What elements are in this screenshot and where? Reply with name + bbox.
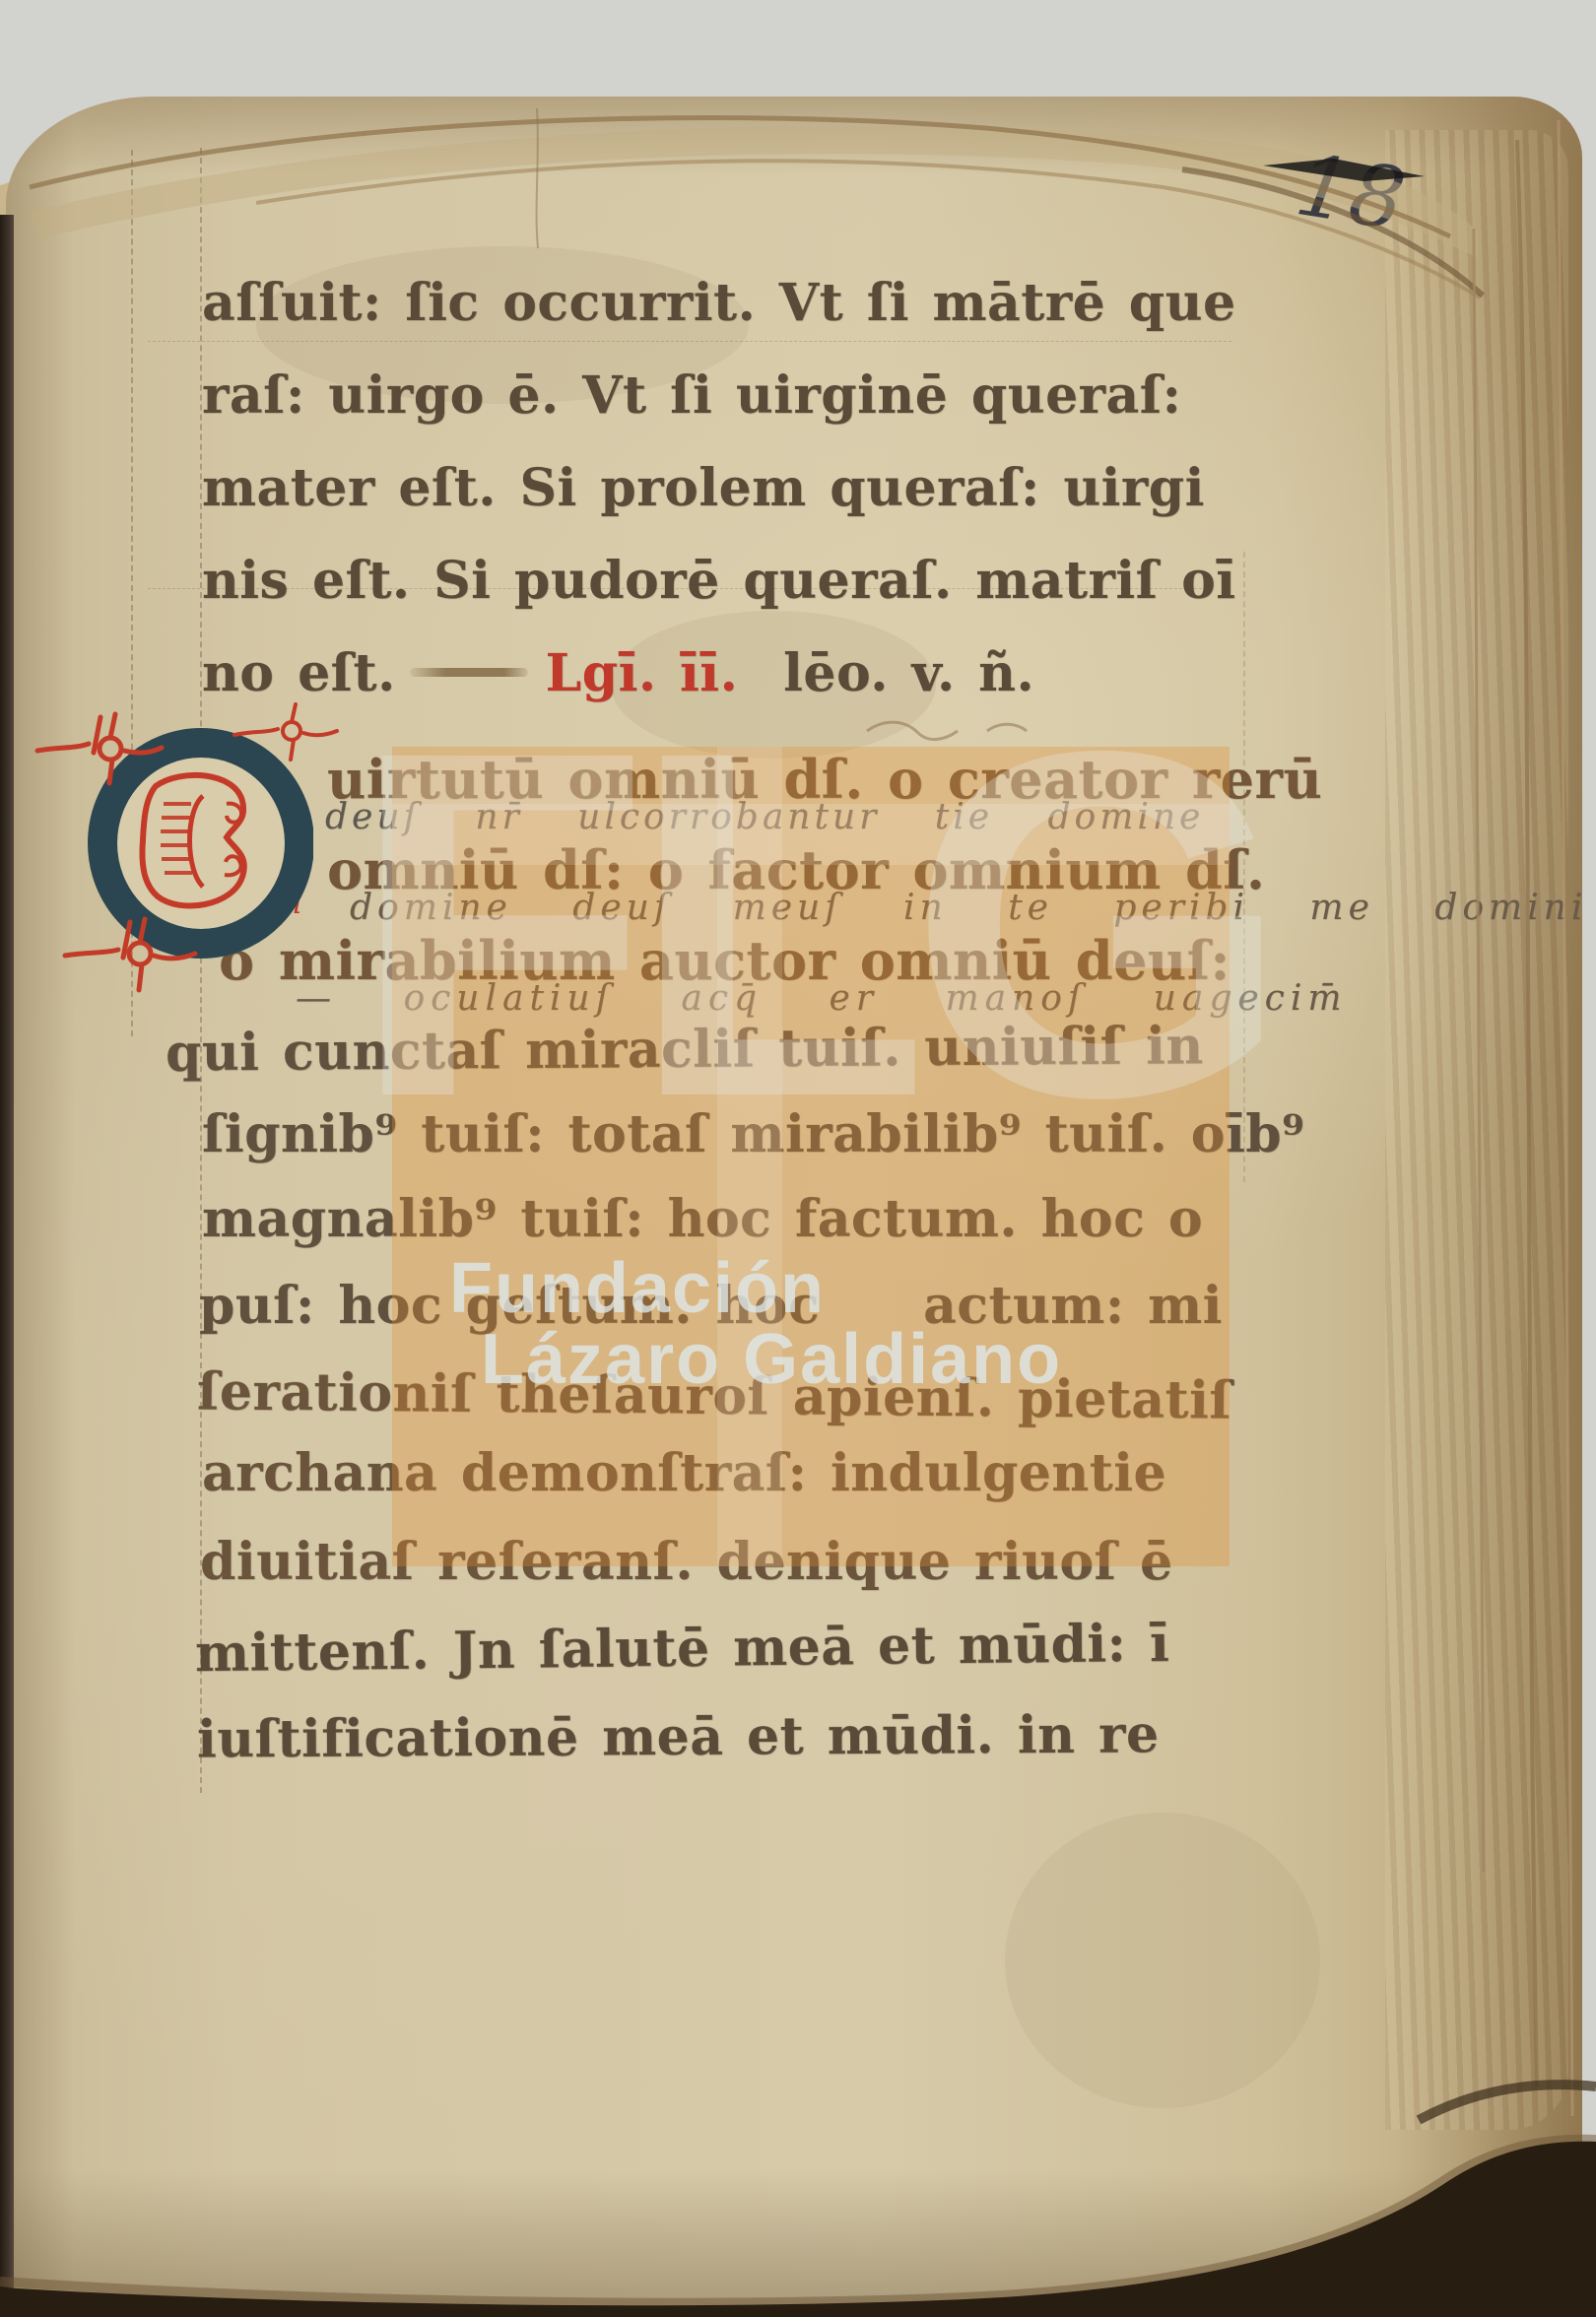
watermark-name-line1: Fundación (449, 1253, 826, 1324)
text-line: mittenſ. Jn ſalutē meā et mūdi: ī (195, 1619, 1170, 1680)
text-line: raſ: uirgo ē. Vt ſi uirginē queraſ: (202, 370, 1181, 422)
watermark-flg-letters: FLG (350, 678, 1270, 1170)
folio-number: 18 (1290, 136, 1412, 250)
red-paraph-mark (57, 898, 234, 1007)
manuscript-page-scan: aſſuit: ſic occurrit. Vt ſi mātrē que ra… (0, 0, 1596, 2317)
text-ruling-line (148, 341, 1231, 342)
text-line: mater eſt. Si prolem queraſ: uirgi (202, 463, 1205, 514)
red-paraph-mark (229, 686, 366, 774)
page-stack-fore-edge (1385, 130, 1568, 2130)
text-line: iuſtificationē meā et mūdi. in re (197, 1709, 1160, 1765)
text-line: aſſuit: ſic occurrit. Vt ſi mātrē que (202, 278, 1236, 329)
parchment-stain (1005, 1813, 1320, 2108)
watermark-name-line2: Lázaro Galdiano (481, 1324, 1062, 1395)
red-paraph-mark (30, 690, 207, 798)
book-binding-edge (0, 215, 14, 2317)
text-line: nis eſt. Si pudorē queraſ. matriſ oī (202, 556, 1236, 607)
